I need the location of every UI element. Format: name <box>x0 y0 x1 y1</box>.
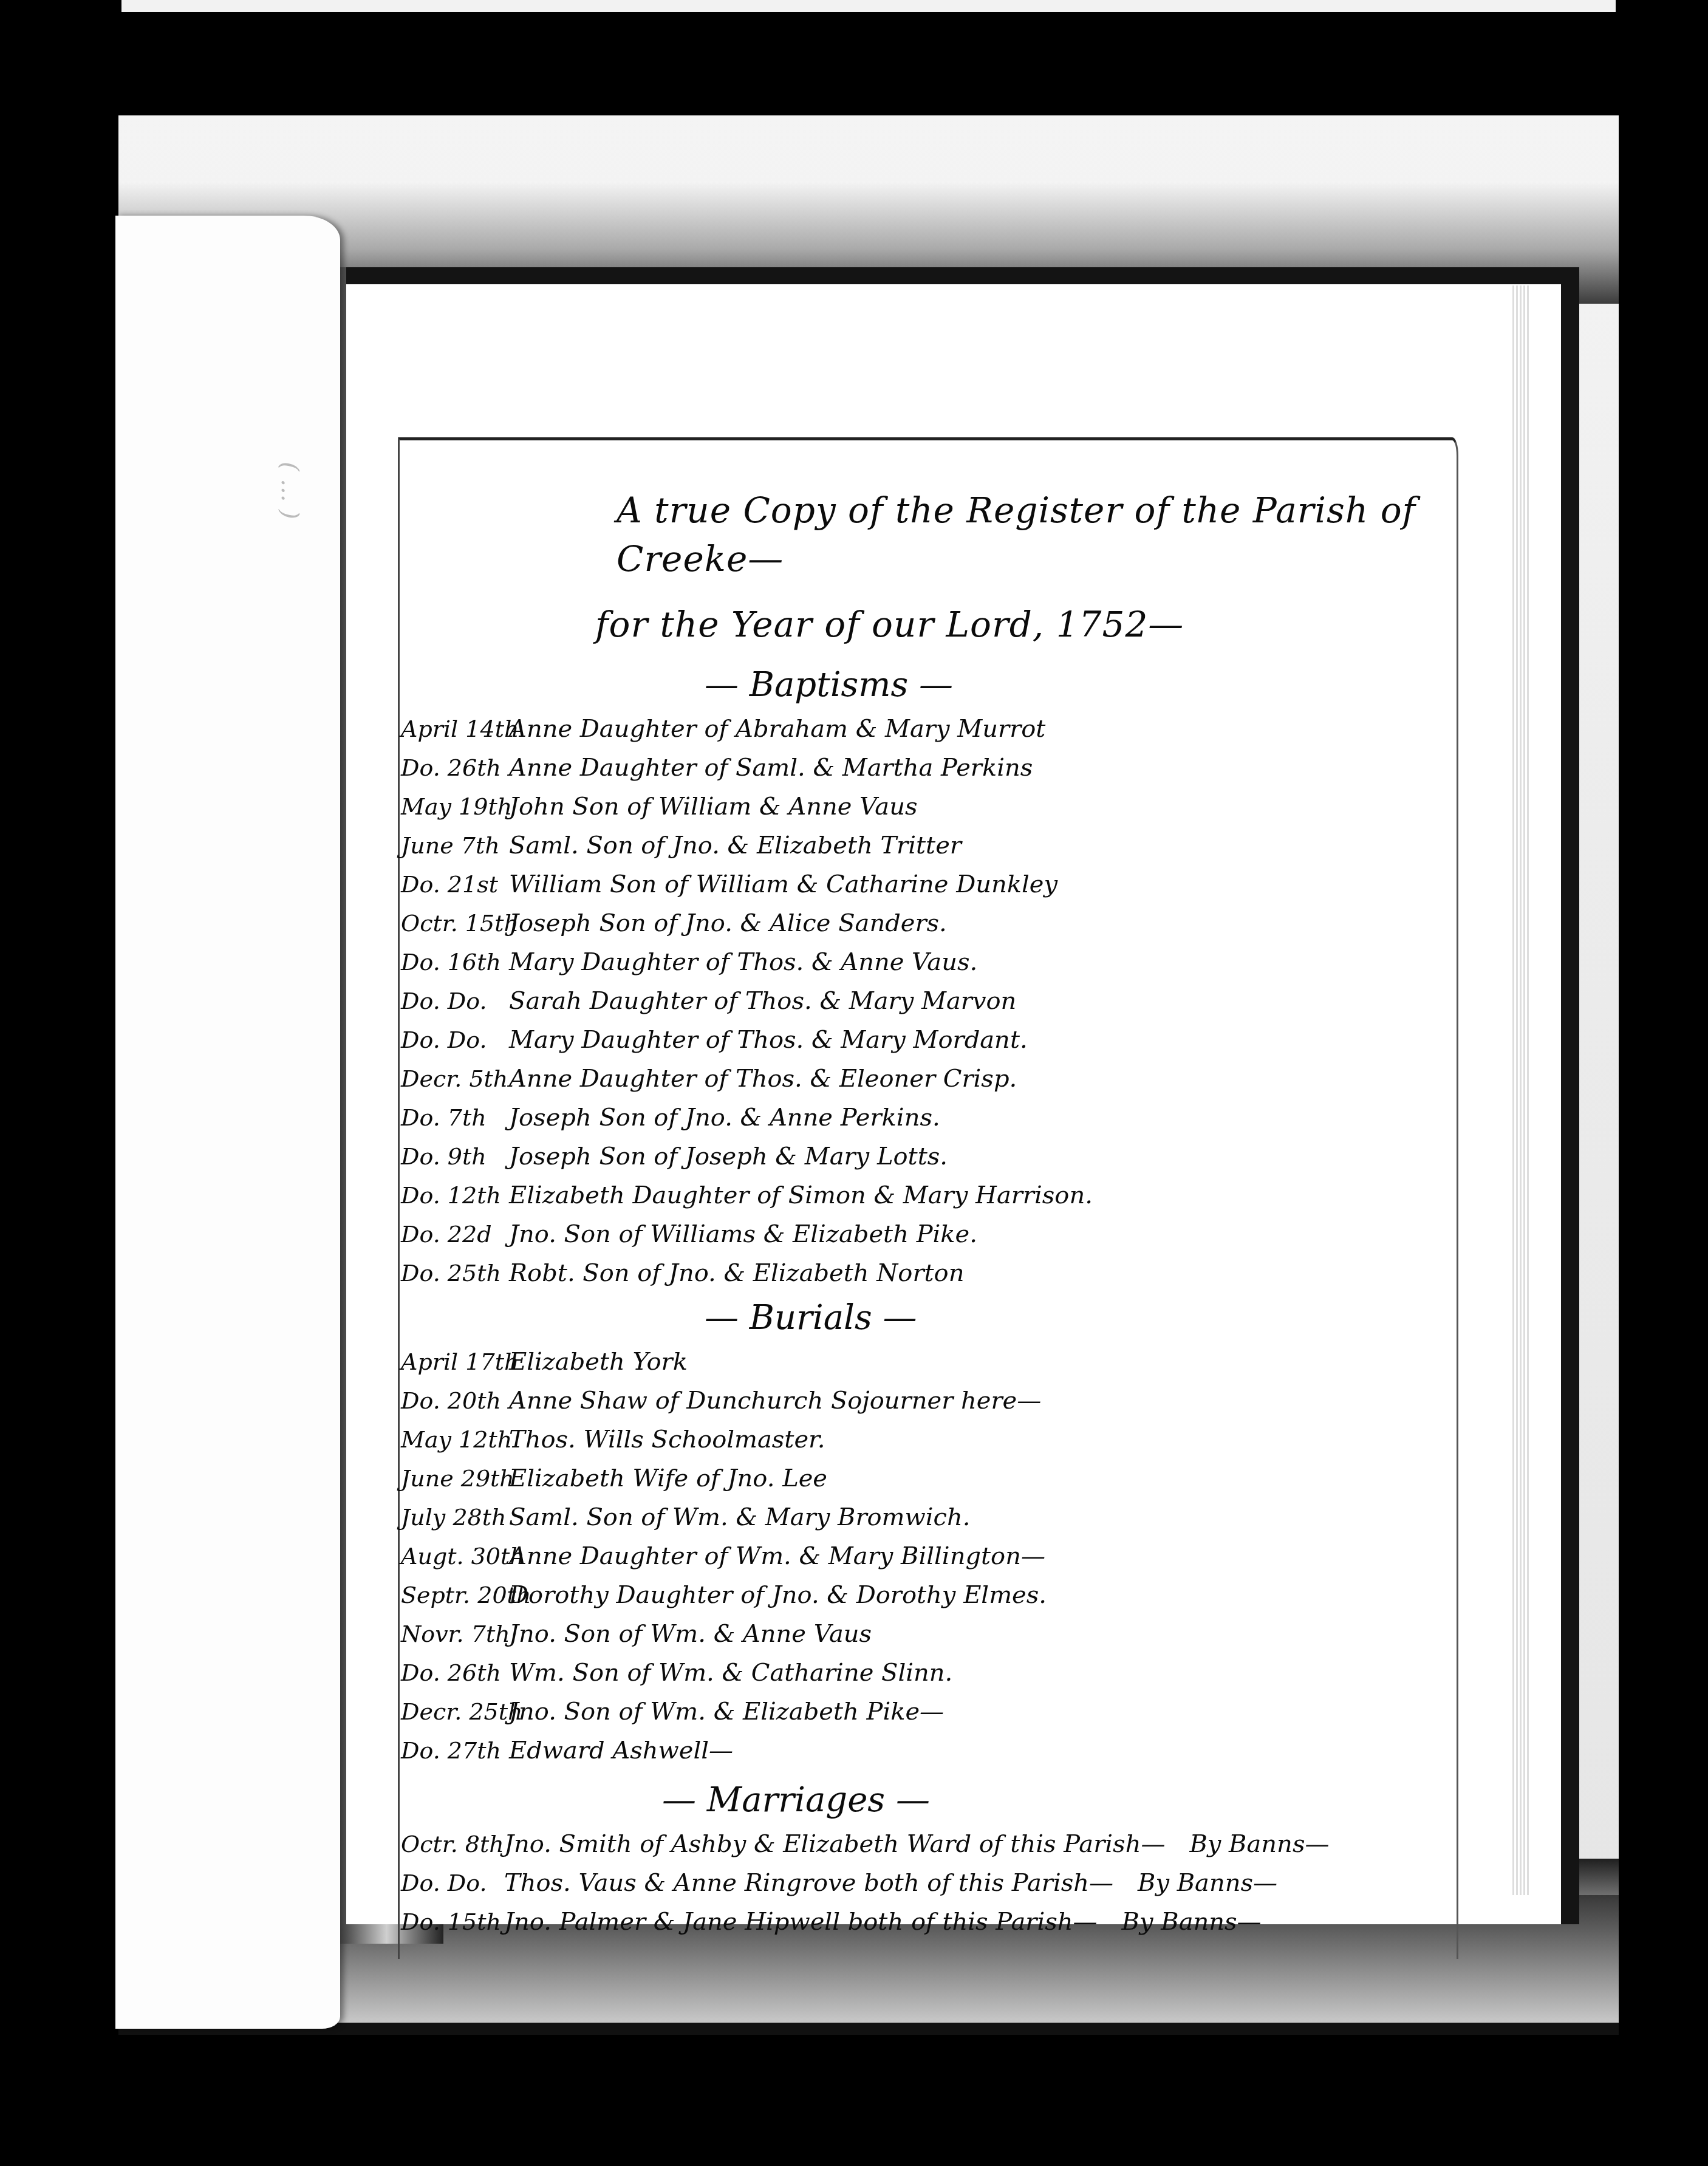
entry-date: April 17th <box>401 1342 498 1381</box>
entry-text: Elizabeth York <box>498 1342 688 1381</box>
entry-text: Elizabeth Daughter of Simon & Mary Harri… <box>498 1176 1093 1215</box>
entry-text: Saml. Son of Wm. & Mary Bromwich. <box>498 1498 970 1537</box>
baptism-entry: Do. 21stWilliam Son of William & Cathari… <box>401 865 1464 904</box>
marriages-list: Octr. 8thJno. Smith of Ashby & Elizabeth… <box>401 1825 1464 1941</box>
entry-text: Jno. Palmer & Jane Hipwell both of this … <box>498 1902 1098 1941</box>
burial-entry: June 29thElizabeth Wife of Jno. Lee <box>401 1459 1464 1498</box>
entry-date: Octr. 15th <box>401 904 498 943</box>
film-strip-bottom <box>118 2023 1619 2035</box>
film-strip-top <box>121 0 1616 12</box>
entry-date: Septr. 20th <box>401 1576 498 1614</box>
entry-date: Do. Do. <box>401 1864 498 1902</box>
entry-date: Do. Do. <box>401 982 498 1020</box>
entry-text: Elizabeth Wife of Jno. Lee <box>498 1459 827 1498</box>
entry-note: By Banns— <box>1098 1902 1262 1941</box>
marriage-entry: Do. Do.Thos. Vaus & Anne Ringrove both o… <box>401 1864 1464 1902</box>
entry-text: Jno. Smith of Ashby & Elizabeth Ward of … <box>498 1825 1165 1864</box>
marriage-entry: Octr. 8thJno. Smith of Ashby & Elizabeth… <box>401 1825 1464 1864</box>
entry-date: May 19th <box>401 787 498 826</box>
entry-text: Saml. Son of Jno. & Elizabeth Tritter <box>498 826 962 865</box>
entry-date: Do. 22d <box>401 1215 498 1254</box>
left-facing-page <box>115 216 340 2029</box>
entry-date: Do. 15th <box>401 1902 498 1941</box>
baptism-entry: Do. 9thJoseph Son of Joseph & Mary Lotts… <box>401 1137 1464 1176</box>
entry-date: Do. Do. <box>401 1020 498 1059</box>
entry-text: Joseph Son of Jno. & Anne Perkins. <box>498 1098 940 1137</box>
baptism-entry: Do. 26thAnne Daughter of Saml. & Martha … <box>401 748 1464 787</box>
entry-note: By Banns— <box>1165 1825 1329 1864</box>
entry-date: Octr. 8th <box>401 1825 498 1864</box>
marriage-entry: Do. 15thJno. Palmer & Jane Hipwell both … <box>401 1902 1464 1941</box>
left-page-faint-marks: ( ... ) <box>267 462 304 705</box>
burial-entry: Decr. 25thJno. Son of Wm. & Elizabeth Pi… <box>401 1692 1464 1731</box>
entry-note: By Banns— <box>1113 1864 1277 1902</box>
entry-text: Joseph Son of Joseph & Mary Lotts. <box>498 1137 948 1176</box>
burial-entry: May 12thThos. Wills Schoolmaster. <box>401 1420 1464 1459</box>
entry-text: William Son of William & Catharine Dunkl… <box>498 865 1057 904</box>
baptism-entry: Do. Do.Sarah Daughter of Thos. & Mary Ma… <box>401 982 1464 1020</box>
entry-text: Anne Daughter of Wm. & Mary Billington— <box>498 1537 1045 1576</box>
entry-text: Robt. Son of Jno. & Elizabeth Norton <box>498 1254 964 1293</box>
entry-text: Thos. Wills Schoolmaster. <box>498 1420 825 1459</box>
baptism-entry: Do. 7thJoseph Son of Jno. & Anne Perkins… <box>401 1098 1464 1137</box>
entry-text: Anne Shaw of Dunchurch Sojourner here— <box>498 1381 1041 1420</box>
entry-date: Decr. 5th <box>401 1059 498 1098</box>
entry-date: Do. 9th <box>401 1137 498 1176</box>
baptism-entry: May 19thJohn Son of William & Anne Vaus <box>401 787 1464 826</box>
baptism-entry: Do. 25thRobt. Son of Jno. & Elizabeth No… <box>401 1254 1464 1293</box>
baptism-entry: Do. 16thMary Daughter of Thos. & Anne Va… <box>401 943 1464 982</box>
entry-date: Do. 26th <box>401 1653 498 1692</box>
burial-entry: Do. 27thEdward Ashwell— <box>401 1731 1464 1770</box>
entry-date: June 29th <box>401 1459 498 1498</box>
baptism-entry: Do. Do.Mary Daughter of Thos. & Mary Mor… <box>401 1020 1464 1059</box>
burial-entry: Septr. 20thDorothy Daughter of Jno. & Do… <box>401 1576 1464 1614</box>
entry-text: Anne Daughter of Saml. & Martha Perkins <box>498 748 1033 787</box>
entry-date: May 12th <box>401 1420 498 1459</box>
title-line-2: for the Year of our Lord, 1752— <box>401 600 1464 649</box>
entry-text: John Son of William & Anne Vaus <box>498 787 917 826</box>
baptism-entry: Do. 22dJno. Son of Williams & Elizabeth … <box>401 1215 1464 1254</box>
entry-date: Do. 12th <box>401 1176 498 1215</box>
burial-entry: Do. 20thAnne Shaw of Dunchurch Sojourner… <box>401 1381 1464 1420</box>
entry-date: Augt. 30th <box>401 1537 498 1576</box>
baptism-entry: Octr. 15thJoseph Son of Jno. & Alice San… <box>401 904 1464 943</box>
burial-entry: July 28thSaml. Son of Wm. & Mary Bromwic… <box>401 1498 1464 1537</box>
register-text: A true Copy of the Register of the Paris… <box>401 486 1464 1941</box>
page-edges <box>1512 285 1531 1895</box>
baptisms-heading: — Baptisms — <box>401 661 1464 709</box>
entry-text: Edward Ashwell— <box>498 1731 733 1770</box>
burials-list: April 17thElizabeth York Do. 20thAnne Sh… <box>401 1342 1464 1770</box>
baptism-entry: April 14thAnne Daughter of Abraham & Mar… <box>401 709 1464 748</box>
burial-entry: Augt. 30thAnne Daughter of Wm. & Mary Bi… <box>401 1537 1464 1576</box>
entry-text: Thos. Vaus & Anne Ringrove both of this … <box>498 1864 1113 1902</box>
baptism-entry: Decr. 5thAnne Daughter of Thos. & Eleone… <box>401 1059 1464 1098</box>
burial-entry: April 17thElizabeth York <box>401 1342 1464 1381</box>
title-line-1: A true Copy of the Register of the Paris… <box>401 486 1464 583</box>
burials-heading: — Burials — <box>401 1294 1464 1342</box>
entry-date: Do. 7th <box>401 1098 498 1137</box>
entry-date: Do. 21st <box>401 865 498 904</box>
entry-text: Jno. Son of Wm. & Anne Vaus <box>498 1614 872 1653</box>
baptisms-list: April 14thAnne Daughter of Abraham & Mar… <box>401 709 1464 1293</box>
entry-text: Sarah Daughter of Thos. & Mary Marvon <box>498 982 1016 1020</box>
entry-text: Anne Daughter of Thos. & Eleoner Crisp. <box>498 1059 1017 1098</box>
entry-text: Jno. Son of Wm. & Elizabeth Pike— <box>498 1692 944 1731</box>
entry-date: Do. 25th <box>401 1254 498 1293</box>
baptism-entry: Do. 12thElizabeth Daughter of Simon & Ma… <box>401 1176 1464 1215</box>
entry-text: Anne Daughter of Abraham & Mary Murrot <box>498 709 1045 748</box>
entry-text: Mary Daughter of Thos. & Mary Mordant. <box>498 1020 1028 1059</box>
entry-date: Do. 27th <box>401 1731 498 1770</box>
entry-text: Joseph Son of Jno. & Alice Sanders. <box>498 904 947 943</box>
burial-entry: Novr. 7thJno. Son of Wm. & Anne Vaus <box>401 1614 1464 1653</box>
baptism-entry: June 7thSaml. Son of Jno. & Elizabeth Tr… <box>401 826 1464 865</box>
entry-text: Mary Daughter of Thos. & Anne Vaus. <box>498 943 977 982</box>
entry-text: Wm. Son of Wm. & Catharine Slinn. <box>498 1653 952 1692</box>
marriages-heading: — Marriages — <box>401 1776 1464 1825</box>
entry-date: Do. 26th <box>401 748 498 787</box>
entry-date: June 7th <box>401 826 498 865</box>
entry-date: Do. 20th <box>401 1381 498 1420</box>
entry-text: Jno. Son of Williams & Elizabeth Pike. <box>498 1215 977 1254</box>
entry-date: April 14th <box>401 709 498 748</box>
burial-entry: Do. 26thWm. Son of Wm. & Catharine Slinn… <box>401 1653 1464 1692</box>
entry-date: July 28th <box>401 1498 498 1537</box>
entry-date: Decr. 25th <box>401 1692 498 1731</box>
entry-date: Do. 16th <box>401 943 498 982</box>
entry-date: Novr. 7th <box>401 1614 498 1653</box>
entry-text: Dorothy Daughter of Jno. & Dorothy Elmes… <box>498 1576 1047 1614</box>
